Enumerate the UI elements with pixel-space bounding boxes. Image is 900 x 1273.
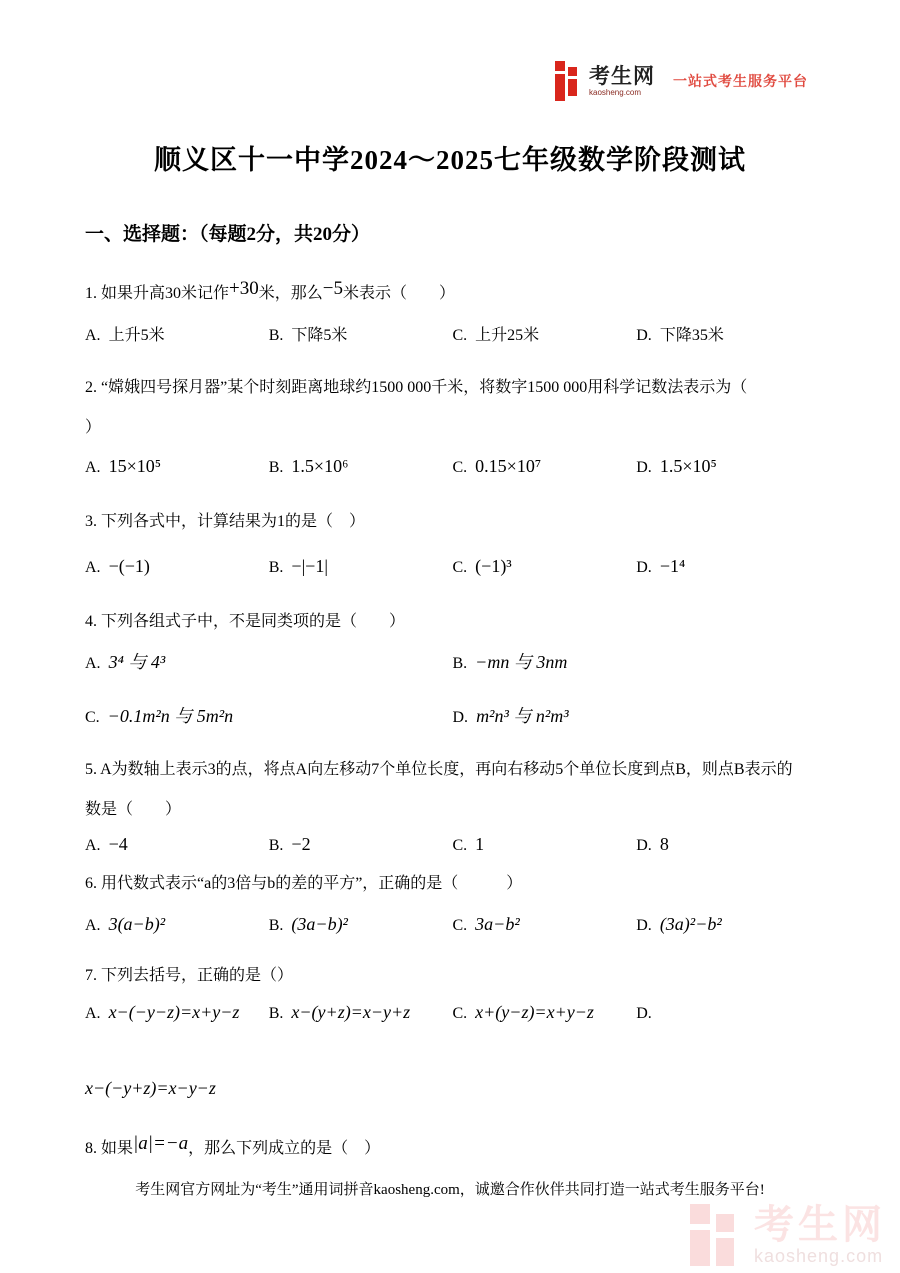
option: A.3(a−b)² xyxy=(85,911,269,939)
question-7-options: A.x−(−y−z)=x+y−z B.x−(y+z)=x−y+z C.x+(y−… xyxy=(85,999,820,1027)
question-5-stem: 5. A为数轴上表示3的点，将点A向左移动7个单位长度，再向右移动5个单位长度到… xyxy=(85,757,820,783)
option: D.下降35米 xyxy=(636,323,820,349)
option: C.3a−b² xyxy=(453,911,637,939)
footer-note: 考生网官方网址为“考生”通用词拼音kaosheng.com，诚邀合作伙伴共同打造… xyxy=(0,1178,900,1199)
logo-brand-text: 考生网 xyxy=(589,66,655,87)
question-7-option-d-expression: x−(−y+z)=x−y−z xyxy=(85,1075,820,1101)
option: C.0.15×10⁷ xyxy=(453,453,637,481)
question-4-options-row2: C.−0.1m²n 与 5m²n D.m²n³ 与 n²m³ xyxy=(85,703,820,731)
section-heading: 一、选择题：（每题2分，共20分） xyxy=(0,219,900,246)
option: D.m²n³ 与 n²m³ xyxy=(453,703,821,731)
page-title: 顺义区十一中学2024～2025七年级数学阶段测试 xyxy=(0,138,900,177)
option: A.15×10⁵ xyxy=(85,453,269,481)
option: D.8 xyxy=(636,831,820,859)
option: C.−0.1m²n 与 5m²n xyxy=(85,703,453,731)
question-6-options: A.3(a−b)² B.(3a−b)² C.3a−b² D.(3a)²−b² xyxy=(85,911,820,939)
option: B.−mn 与 3nm xyxy=(453,649,821,677)
question-1-stem: 1. 如果升高30米记作+30米，那么−5米表示（ ） xyxy=(85,280,820,307)
question-6-stem: 6. 用代数式表示“a的3倍与b的差的平方”，正确的是（ ） xyxy=(85,871,820,897)
logo-tagline: 一站式考生服务平台 xyxy=(673,71,808,91)
math-expression: |a|=−a xyxy=(133,1133,188,1154)
option: C.上升25米 xyxy=(453,323,637,349)
option: C.1 xyxy=(453,831,637,859)
question-list: 1. 如果升高30米记作+30米，那么−5米表示（ ） A.上升5米 B.下降5… xyxy=(0,280,900,1162)
option: B.x−(y+z)=x−y+z xyxy=(269,999,453,1027)
question-3-options: A.−(−1) B.−|−1| C.(−1)³ D.−1⁴ xyxy=(85,553,820,581)
question-3-stem: 3. 下列各式中，计算结果为1的是（ ） xyxy=(85,509,820,535)
option: A.上升5米 xyxy=(85,323,269,349)
option: A.x−(−y−z)=x+y−z xyxy=(85,999,269,1027)
math-expression: −5 xyxy=(323,278,343,299)
question-4-stem: 4. 下列各组式子中，不是同类项的是（ ） xyxy=(85,609,820,635)
logo-domain-text: kaosheng.com xyxy=(589,89,655,97)
option: C.x+(y−z)=x+y−z xyxy=(453,999,637,1027)
option: A.−(−1) xyxy=(85,553,269,581)
option: B.−2 xyxy=(269,831,453,859)
option: D.−1⁴ xyxy=(636,553,820,581)
option: B.1.5×10⁶ xyxy=(269,453,453,481)
exam-page: 考生网 kaosheng.com 一站式考生服务平台 顺义区十一中学2024～2… xyxy=(0,0,900,1273)
footer-watermark: 考生网 kaosheng.com xyxy=(690,1204,886,1266)
header-logo: 考生网 kaosheng.com 一站式考生服务平台 xyxy=(555,55,808,107)
question-2-options: A.15×10⁵ B.1.5×10⁶ C.0.15×10⁷ D.1.5×10⁵ xyxy=(85,453,820,481)
watermark-domain-text: kaosheng.com xyxy=(754,1247,886,1265)
kaosheng-watermark-icon xyxy=(690,1204,742,1266)
option: A.3⁴ 与 4³ xyxy=(85,649,453,677)
question-2-stem: 2. “嫦娥四号探月器”某个时刻距离地球约1500 000千米，将数字1500 … xyxy=(85,375,820,401)
option: A.−4 xyxy=(85,831,269,859)
question-2-stem-line2: ） xyxy=(85,415,820,441)
watermark-brand-text: 考生网 xyxy=(754,1205,886,1245)
kaosheng-logo-icon xyxy=(555,61,579,101)
option: B.−|−1| xyxy=(269,553,453,581)
question-1-options: A.上升5米 B.下降5米 C.上升25米 D.下降35米 xyxy=(85,323,820,349)
question-5-stem-line2: 数是（ ） xyxy=(85,797,820,823)
option: B.(3a−b)² xyxy=(269,911,453,939)
question-4-options-row1: A.3⁴ 与 4³ B.−mn 与 3nm xyxy=(85,649,820,677)
question-5-options: A.−4 B.−2 C.1 D.8 xyxy=(85,831,820,859)
option: B.下降5米 xyxy=(269,323,453,349)
math-expression: +30 xyxy=(229,278,259,299)
option: D.1.5×10⁵ xyxy=(636,453,820,481)
option: D. xyxy=(636,999,820,1027)
question-8-stem: 8. 如果|a|=−a，那么下列成立的是（ ） xyxy=(85,1135,820,1162)
question-7-stem: 7. 下列去括号，正确的是（） xyxy=(85,963,820,989)
option: C.(−1)³ xyxy=(453,553,637,581)
option: D.(3a)²−b² xyxy=(636,911,820,939)
